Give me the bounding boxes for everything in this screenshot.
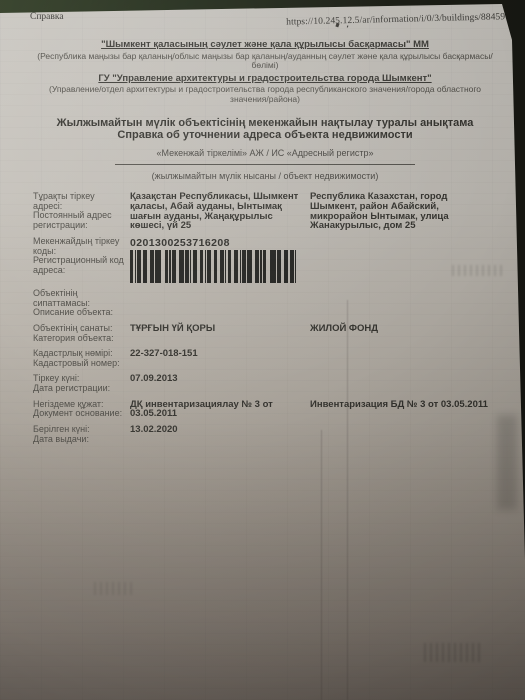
field-value-kk: ТҰРҒЫН ҮЙ ҚОРЫ [130,324,310,343]
document-title: Жылжымайтын мүлік объектісінің мекенжайы… [33,117,497,141]
print-header-url: https://10.245.12.5/ar/information/i/0/3… [286,12,515,28]
ink-smudge [94,582,136,595]
certificate-document: "Шымкент қаласының сәулет және қала құры… [33,40,497,450]
barcode [130,250,298,283]
field-label: Тұрақты тіркеу адресі: Постоянный адрес … [33,192,130,231]
fields-table: Тұрақты тіркеу адресі: Постоянный адрес … [33,192,497,444]
org-note-ru: (Управление/отдел архитектуры и градостр… [33,85,497,104]
document-title-ru: Справка об уточнении адреса объекта недв… [33,129,497,141]
field-row-description: Объектінің сипаттамасы: Описание объекта… [33,289,497,318]
field-label: Объектінің сипаттамасы: Описание объекта… [33,289,130,318]
ink-smudge [424,643,482,662]
divider-line [115,164,415,165]
document-paper: Справка https://10.245.12.5/ar/informati… [0,0,525,700]
field-value-kk: 13.02.2020 [130,425,310,444]
field-label: Тіркеу күні: Дата регистрации: [33,374,130,393]
field-value-ru: ЖИЛОЙ ФОНД [310,324,497,343]
fold-line [321,430,322,700]
field-row-registration-date: Тіркеу күні: Дата регистрации: 07.09.201… [33,374,497,393]
field-label: Берілген күні: Дата выдачи: [33,425,130,444]
object-type-note: (жылжымайтын мүлік нысаны / объект недви… [33,171,497,181]
field-value-kk: 07.09.2013 [130,374,310,393]
field-value-kk: 22-327-018-151 [130,349,310,368]
field-row-basis-document: Негіздеме құжат: Документ основание: ДҚ … [33,400,497,420]
field-row-cadastral-number: Кадастрлық нөмірі: Кадастровый номер: 22… [33,349,497,368]
field-value-ru [310,425,497,444]
field-row-issue-date: Берілген күні: Дата выдачи: 13.02.2020 [33,425,497,444]
browser-print-header: Справка https://10.245.12.5/ar/informati… [30,12,515,22]
shadow-smudge [497,415,517,510]
field-label: Негіздеме құжат: Документ основание: [33,400,130,420]
print-header-title: Справка [30,12,64,22]
field-value-ru [310,289,497,318]
field-label: Объектінің санаты: Категория объекта: [33,324,130,343]
field-row-registration-code: Мекенжайдың тіркеу коды: Регистрационный… [33,237,497,283]
field-label: Мекенжайдың тіркеу коды: Регистрационный… [33,237,130,283]
field-value-ru [310,349,497,368]
field-value-ru [310,374,497,393]
field-value-kk [130,289,310,318]
org-name-ru: ГУ "Управление архитектуры и градостроит… [33,74,497,85]
field-value-kk: ДҚ инвентаризациялау № 3 от 03.05.2011 [130,400,310,420]
field-row-category: Объектінің санаты: Категория объекта: ТҰ… [33,324,497,343]
registration-code-value: 0201300253716208 [130,237,302,249]
org-name-kk: "Шымкент қаласының сәулет және қала құры… [33,40,497,51]
system-name: «Мекенжай тіркелімі» АЖ / ИС «Адресный р… [33,148,497,158]
field-label: Кадастрлық нөмірі: Кадастровый номер: [33,349,130,368]
field-value-kk: Қазақстан Республикасы, Шымкент қаласы, … [130,192,310,231]
field-row-address: Тұрақты тіркеу адресі: Постоянный адрес … [33,192,497,231]
org-note-kk: (Республика маңызы бар қаланың/облыс маң… [33,52,497,71]
field-value-ru: Республика Казахстан, город Шымкент, рай… [310,192,497,231]
field-value-ru: Инвентаризация БД № 3 от 03.05.2011 [310,400,497,420]
photo-scene: Справка https://10.245.12.5/ar/informati… [0,0,525,700]
document-title-kk: Жылжымайтын мүлік объектісінің мекенжайы… [33,117,497,129]
